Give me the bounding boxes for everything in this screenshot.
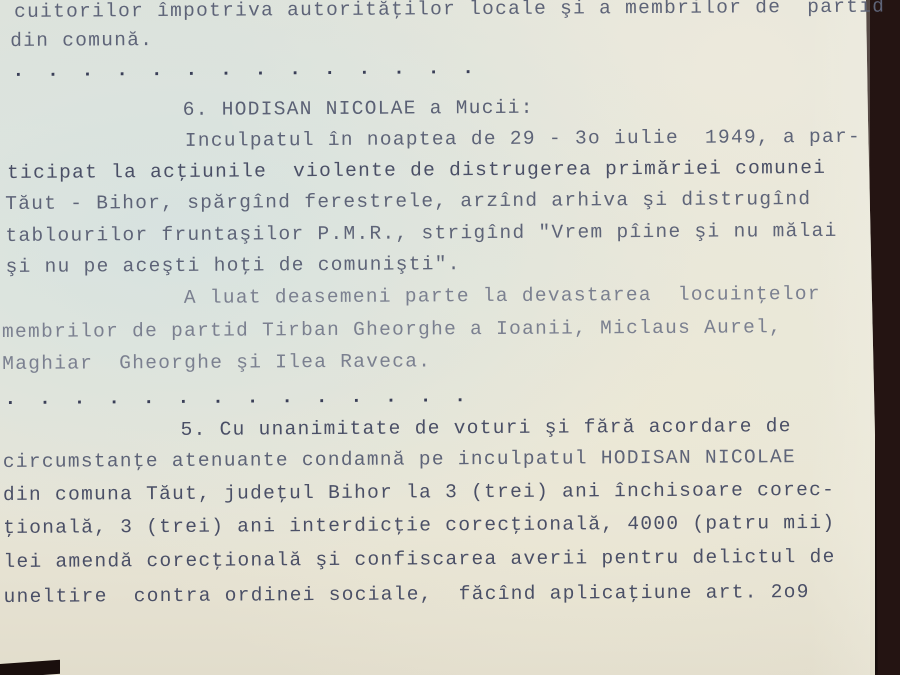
- text-line-6: Tăut - Bihor, spărgînd ferestrele, arzîn…: [5, 190, 811, 214]
- photo-scene: cuitorilor împotriva autorităţilor local…: [0, 0, 900, 675]
- text-line-2: din comună.: [10, 31, 153, 51]
- ellipsis-separator-2: . . . . . . . . . . . . . .: [4, 387, 471, 409]
- text-line-7: tablourilor fruntaşilor P.M.R., strigînd…: [5, 222, 837, 247]
- section-heading-5: 5. Cu unanimitate de voturi şi fără acor…: [181, 417, 792, 440]
- section-heading-6: 6. HODISAN NICOLAE a Mucii:: [183, 99, 534, 121]
- text-line-5: ticipat la acţiunile violente de distrug…: [7, 159, 826, 184]
- text-line-16: lei amendă corecţională şi confiscarea a…: [3, 548, 835, 573]
- text-line-10: membrilor de partid Tirban Gheorghe a Io…: [2, 318, 782, 342]
- text-line-13: circumstanţe atenuante condamnă pe incul…: [3, 448, 796, 472]
- text-line-8: şi nu pe aceşti hoţi de comunişti".: [6, 255, 461, 277]
- text-line-11: Maghiar Gheorghe şi Ilea Raveca.: [2, 352, 431, 374]
- text-line-9: A luat deasemeni parte la devastarea loc…: [184, 285, 821, 308]
- typewritten-text: cuitorilor împotriva autorităţilor local…: [0, 0, 900, 675]
- text-line-15: ţională, 3 (trei) ani interdicţie corecţ…: [3, 514, 835, 539]
- ellipsis-separator-1: . . . . . . . . . . . . . .: [12, 59, 479, 81]
- text-line-17: uneltire contra ordinei sociale, făcînd …: [4, 583, 810, 607]
- text-line-14: din comuna Tăut, judeţul Bihor la 3 (tre…: [3, 481, 835, 506]
- text-line-1: cuitorilor împotriva autorităţilor local…: [14, 0, 885, 22]
- text-line-4: Inculpatul în noaptea de 29 - 3o iulie 1…: [185, 128, 861, 152]
